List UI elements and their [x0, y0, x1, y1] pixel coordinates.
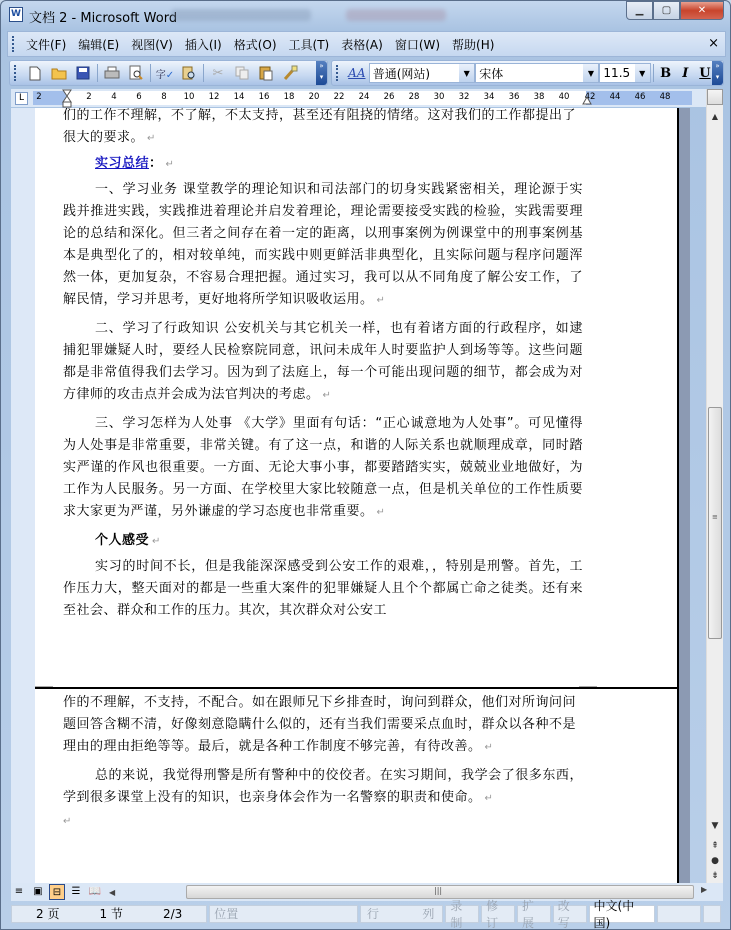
ruler-number: 2 [86, 92, 91, 102]
paragraph: 一、学习业务 课堂教学的理论知识和司法部门的切身实践紧密相关，理论源于实践并推进… [63, 179, 583, 312]
ruler-number: 26 [384, 92, 395, 102]
status-section: 1 节 [99, 905, 122, 922]
select-browse-object-button[interactable]: ● [707, 854, 723, 869]
menu-tools[interactable]: 工具(T) [284, 36, 337, 53]
print-icon[interactable] [102, 63, 122, 83]
paragraph: 实习的时间不长，但是我能深深感受到公安工作的艰难，，特别是刑警。首先，工作压力大… [63, 556, 583, 622]
ruler-number: 40 [559, 92, 570, 102]
split-box[interactable] [707, 89, 723, 105]
page-gutter [677, 108, 690, 883]
font-dropdown[interactable]: 宋体 ▼ [475, 63, 599, 83]
close-document-button[interactable]: × [708, 36, 719, 51]
window-title: 文档 2 - Microsoft Word [29, 7, 177, 26]
scroll-left-button[interactable]: ◀ [109, 888, 115, 897]
ruler-number: 48 [660, 92, 671, 102]
ruler-number: 22 [334, 92, 345, 102]
status-language[interactable]: 中文(中国) [589, 905, 656, 923]
resize-grip-icon[interactable] [703, 905, 721, 923]
maximize-button[interactable]: ▢ [653, 1, 680, 20]
crop-mark [35, 681, 53, 687]
ruler-number: 6 [136, 92, 141, 102]
scroll-right-button[interactable]: ▶ [701, 885, 707, 894]
scroll-up-button[interactable]: ▲ [707, 109, 723, 125]
paragraph-mark: ↵ [152, 536, 161, 547]
toolbar-grip[interactable] [12, 36, 15, 52]
ruler-number: 16 [259, 92, 270, 102]
toolbar-separator [653, 64, 654, 82]
status-track-changes[interactable]: 修订 [481, 905, 515, 923]
ruler-number: 36 [509, 92, 520, 102]
ruler-number: 34 [484, 92, 495, 102]
toolbar-options-chevron[interactable]: »▾ [712, 61, 723, 85]
maximize-icon: ▢ [662, 5, 671, 16]
close-icon: ✕ [698, 5, 706, 16]
menu-edit[interactable]: 编辑(E) [73, 36, 126, 53]
chevron-down-icon[interactable]: ▼ [583, 64, 598, 82]
paragraph-mark: ↵ [377, 295, 386, 306]
heading-personal: 个人感受↵ [63, 530, 583, 553]
vertical-scrollbar[interactable]: ▲ ≡ ▼ ⇞ ● ⇟ [706, 89, 723, 883]
ruler-number: 32 [459, 92, 470, 102]
crop-mark [579, 681, 597, 687]
paragraph-mark: ↵ [63, 816, 72, 827]
spelling-grammar-icon[interactable]: 字✓ [155, 63, 175, 83]
paragraph-text: 实习的时间不长，但是我能深深感受到公安工作的艰难，，特别是刑警。首先，工作压力大… [63, 559, 583, 618]
open-folder-icon[interactable] [49, 63, 69, 83]
bold-button[interactable]: B [656, 66, 676, 81]
heading-colon: ： [149, 156, 163, 171]
save-icon[interactable] [73, 63, 93, 83]
print-layout-view-icon[interactable]: ⊟ [49, 884, 65, 900]
heading-link[interactable]: 实习总结 [95, 156, 149, 171]
menu-table[interactable]: 表格(A) [336, 36, 390, 53]
toolbar-separator [203, 64, 204, 82]
new-document-icon[interactable] [25, 63, 45, 83]
menu-insert[interactable]: 插入(I) [180, 36, 229, 53]
ruler-number: 8 [161, 92, 166, 102]
menu-file[interactable]: 文件(F) [21, 36, 73, 53]
status-spelling [657, 905, 701, 923]
ruler-number: 30 [434, 92, 445, 102]
formatting-toolbar: AA 普通(网站) ▼ 宋体 ▼ 11.5 ▼ B I U ▼ »▾ [331, 60, 724, 86]
heading-text: 个人感受 [95, 533, 149, 548]
title-bar: W 文档 2 - Microsoft Word ▁ ▢ ✕ [1, 1, 730, 29]
ruler-number: 4 [111, 92, 116, 102]
style-dropdown[interactable]: 普通(网站) ▼ [369, 63, 476, 83]
next-page-button[interactable]: ⇟ [707, 869, 723, 884]
status-page-of: 2/3 [163, 907, 182, 921]
styles-formatting-icon[interactable]: AA [347, 63, 367, 83]
paragraph-mark: ↵ [485, 742, 494, 753]
paragraph-mark: ↵ [323, 390, 332, 401]
paragraph: 二、学习了行政知识 公安机关与其它机关一样，也有着诸方面的行政程序，如逮捕犯罪嫌… [63, 318, 583, 407]
minimize-button[interactable]: ▁ [626, 1, 653, 20]
ruler-number: 12 [209, 92, 220, 102]
toolbar-separator [97, 64, 98, 82]
menu-help[interactable]: 帮助(H) [447, 36, 501, 53]
paragraph-mark: ↵ [147, 133, 156, 144]
paragraph: 总的来说，我觉得刑警是所有警种中的佼佼者。在实习期间，我学会了很多东西，学到很多… [63, 765, 583, 810]
empty-paragraph: ↵ [63, 810, 583, 833]
toolbar-grip[interactable] [336, 65, 339, 81]
menu-bar: 文件(F) 编辑(E) 视图(V) 插入(I) 格式(O) 工具(T) 表格(A… [7, 31, 726, 57]
chevron-down-icon[interactable]: ▼ [459, 64, 474, 82]
ruler-number: 10 [184, 92, 195, 102]
font-size-dropdown[interactable]: 11.5 ▼ [599, 63, 650, 83]
document-body: 们的工作不理解，不了解，不太支持，甚至还有阻挠的情绪。这对我们的工作都提出了很大… [63, 108, 583, 622]
status-extend[interactable]: 扩展 [517, 905, 551, 923]
status-bar: 2 页 1 节 2/3 位置 行 列 录制 修订 扩展 改写 中文(中国) [11, 903, 723, 924]
ruler-number: 24 [359, 92, 370, 102]
normal-view-icon[interactable]: ≡ [11, 884, 27, 900]
font-size-value: 11.5 [603, 66, 630, 80]
word-doc-icon[interactable]: W [9, 7, 23, 22]
ruler-number: 44 [610, 92, 621, 102]
heading-summary: 实习总结：↵ [63, 153, 583, 176]
toolbar-separator [150, 64, 151, 82]
paragraph-text: 作的不理解，不支持，不配合。如在跟师兄下乡排查时，询问到群众，他们对所询问问题回… [63, 695, 576, 754]
ruler-number: 38 [534, 92, 545, 102]
status-line: 行 [367, 905, 379, 922]
web-layout-view-icon[interactable]: ▣ [30, 884, 46, 900]
indent-marker-icon[interactable] [62, 89, 72, 109]
chevron-down-icon[interactable]: ▼ [635, 64, 650, 82]
grip-icon: ≡ [712, 516, 719, 519]
cut-icon[interactable]: ✂ [208, 63, 228, 83]
menu-window[interactable]: 窗口(W) [390, 36, 447, 53]
status-overtype[interactable]: 改写 [553, 905, 587, 923]
research-icon[interactable] [179, 63, 199, 83]
format-painter-icon[interactable] [280, 63, 300, 83]
horizontal-ruler[interactable]: 2 2 4 6 8 10 12 14 16 18 20 22 24 26 28 … [33, 91, 673, 105]
italic-button[interactable]: I [675, 66, 695, 81]
scroll-down-button[interactable]: ▼ [707, 819, 723, 834]
vertical-scroll-thumb[interactable]: ≡ [708, 407, 722, 639]
menu-view[interactable]: 视图(V) [126, 36, 180, 53]
ruler-number: 28 [409, 92, 420, 102]
status-column: 列 [422, 905, 434, 922]
status-page-info: 2 页 1 节 2/3 [11, 905, 207, 923]
toolbar-grip[interactable] [14, 65, 17, 81]
paragraph-text: 一、学习业务 课堂教学的理论知识和司法部门的切身实践紧密相关，理论源于实践并推进… [63, 182, 583, 307]
background-window-tab [171, 9, 311, 21]
paragraph-text: 三、学习怎样为人处事 《大学》里面有句话：“正心诚意地为人处事”。可见懂得为人处… [63, 416, 583, 519]
toolbar-options-chevron[interactable]: »▾ [316, 61, 327, 85]
status-page: 2 页 [36, 905, 59, 922]
reading-layout-icon[interactable]: 📖 [87, 884, 103, 900]
minimize-icon: ▁ [636, 5, 644, 16]
document-body-page3: 作的不理解，不支持，不配合。如在跟师兄下乡排查时，询问到群众，他们对所询问问题回… [63, 692, 583, 833]
document-area: 们的工作不理解，不了解，不太支持，甚至还有阻挠的情绪。这对我们的工作都提出了很大… [11, 108, 687, 883]
paragraph-text: 们的工作不理解，不了解，不太支持，甚至还有阻挠的情绪。这对我们的工作都提出了很大… [63, 108, 576, 145]
tab-selector-button[interactable]: L [15, 92, 28, 105]
word-window: W 文档 2 - Microsoft Word ▁ ▢ ✕ 文件(F) 编辑(E… [0, 0, 731, 930]
status-position: 位置 [209, 905, 358, 923]
ruler-number: 46 [635, 92, 646, 102]
outline-view-icon[interactable]: ☰ [68, 884, 84, 900]
paragraph-mark: ↵ [166, 159, 175, 170]
right-indent-marker-icon[interactable] [582, 96, 592, 105]
ruler-number: 14 [234, 92, 245, 102]
status-record[interactable]: 录制 [445, 905, 479, 923]
standard-toolbar: 字✓ ✂ »▾ [9, 60, 328, 86]
ruler-number: 2 [36, 92, 41, 102]
close-button[interactable]: ✕ [680, 1, 724, 20]
page-break-line [35, 687, 687, 689]
ruler-bar: L 2 2 4 6 8 10 12 14 16 18 20 22 24 26 2… [11, 89, 717, 107]
background-window-tab [346, 9, 446, 21]
menu-format[interactable]: 格式(O) [229, 36, 284, 53]
print-preview-icon[interactable] [126, 63, 146, 83]
style-value: 普通(网站) [373, 65, 430, 82]
ruler-number: 20 [309, 92, 320, 102]
font-value: 宋体 [479, 65, 503, 82]
document-page[interactable]: 们的工作不理解，不了解，不太支持，甚至还有阻挠的情绪。这对我们的工作都提出了很大… [35, 108, 687, 883]
previous-page-button[interactable]: ⇞ [707, 839, 723, 854]
ruler-number: 18 [284, 92, 295, 102]
paragraph-text: 总的来说，我觉得刑警是所有警种中的佼佼者。在实习期间，我学会了很多东西，学到很多… [63, 768, 583, 805]
copy-icon[interactable] [232, 63, 252, 83]
paragraph: 作的不理解，不支持，不配合。如在跟师兄下乡排查时，询问到群众，他们对所询问问题回… [63, 692, 583, 759]
grip-icon: ||| [434, 886, 442, 895]
paste-icon[interactable] [256, 63, 276, 83]
paragraph: 三、学习怎样为人处事 《大学》里面有句话：“正心诚意地为人处事”。可见懂得为人处… [63, 413, 583, 524]
paragraph-mark: ↵ [485, 793, 494, 804]
paragraph-mark: ↵ [377, 507, 386, 518]
paragraph: 们的工作不理解，不了解，不太支持，甚至还有阻挠的情绪。这对我们的工作都提出了很大… [63, 108, 583, 150]
status-line-col: 行 列 [360, 905, 443, 923]
